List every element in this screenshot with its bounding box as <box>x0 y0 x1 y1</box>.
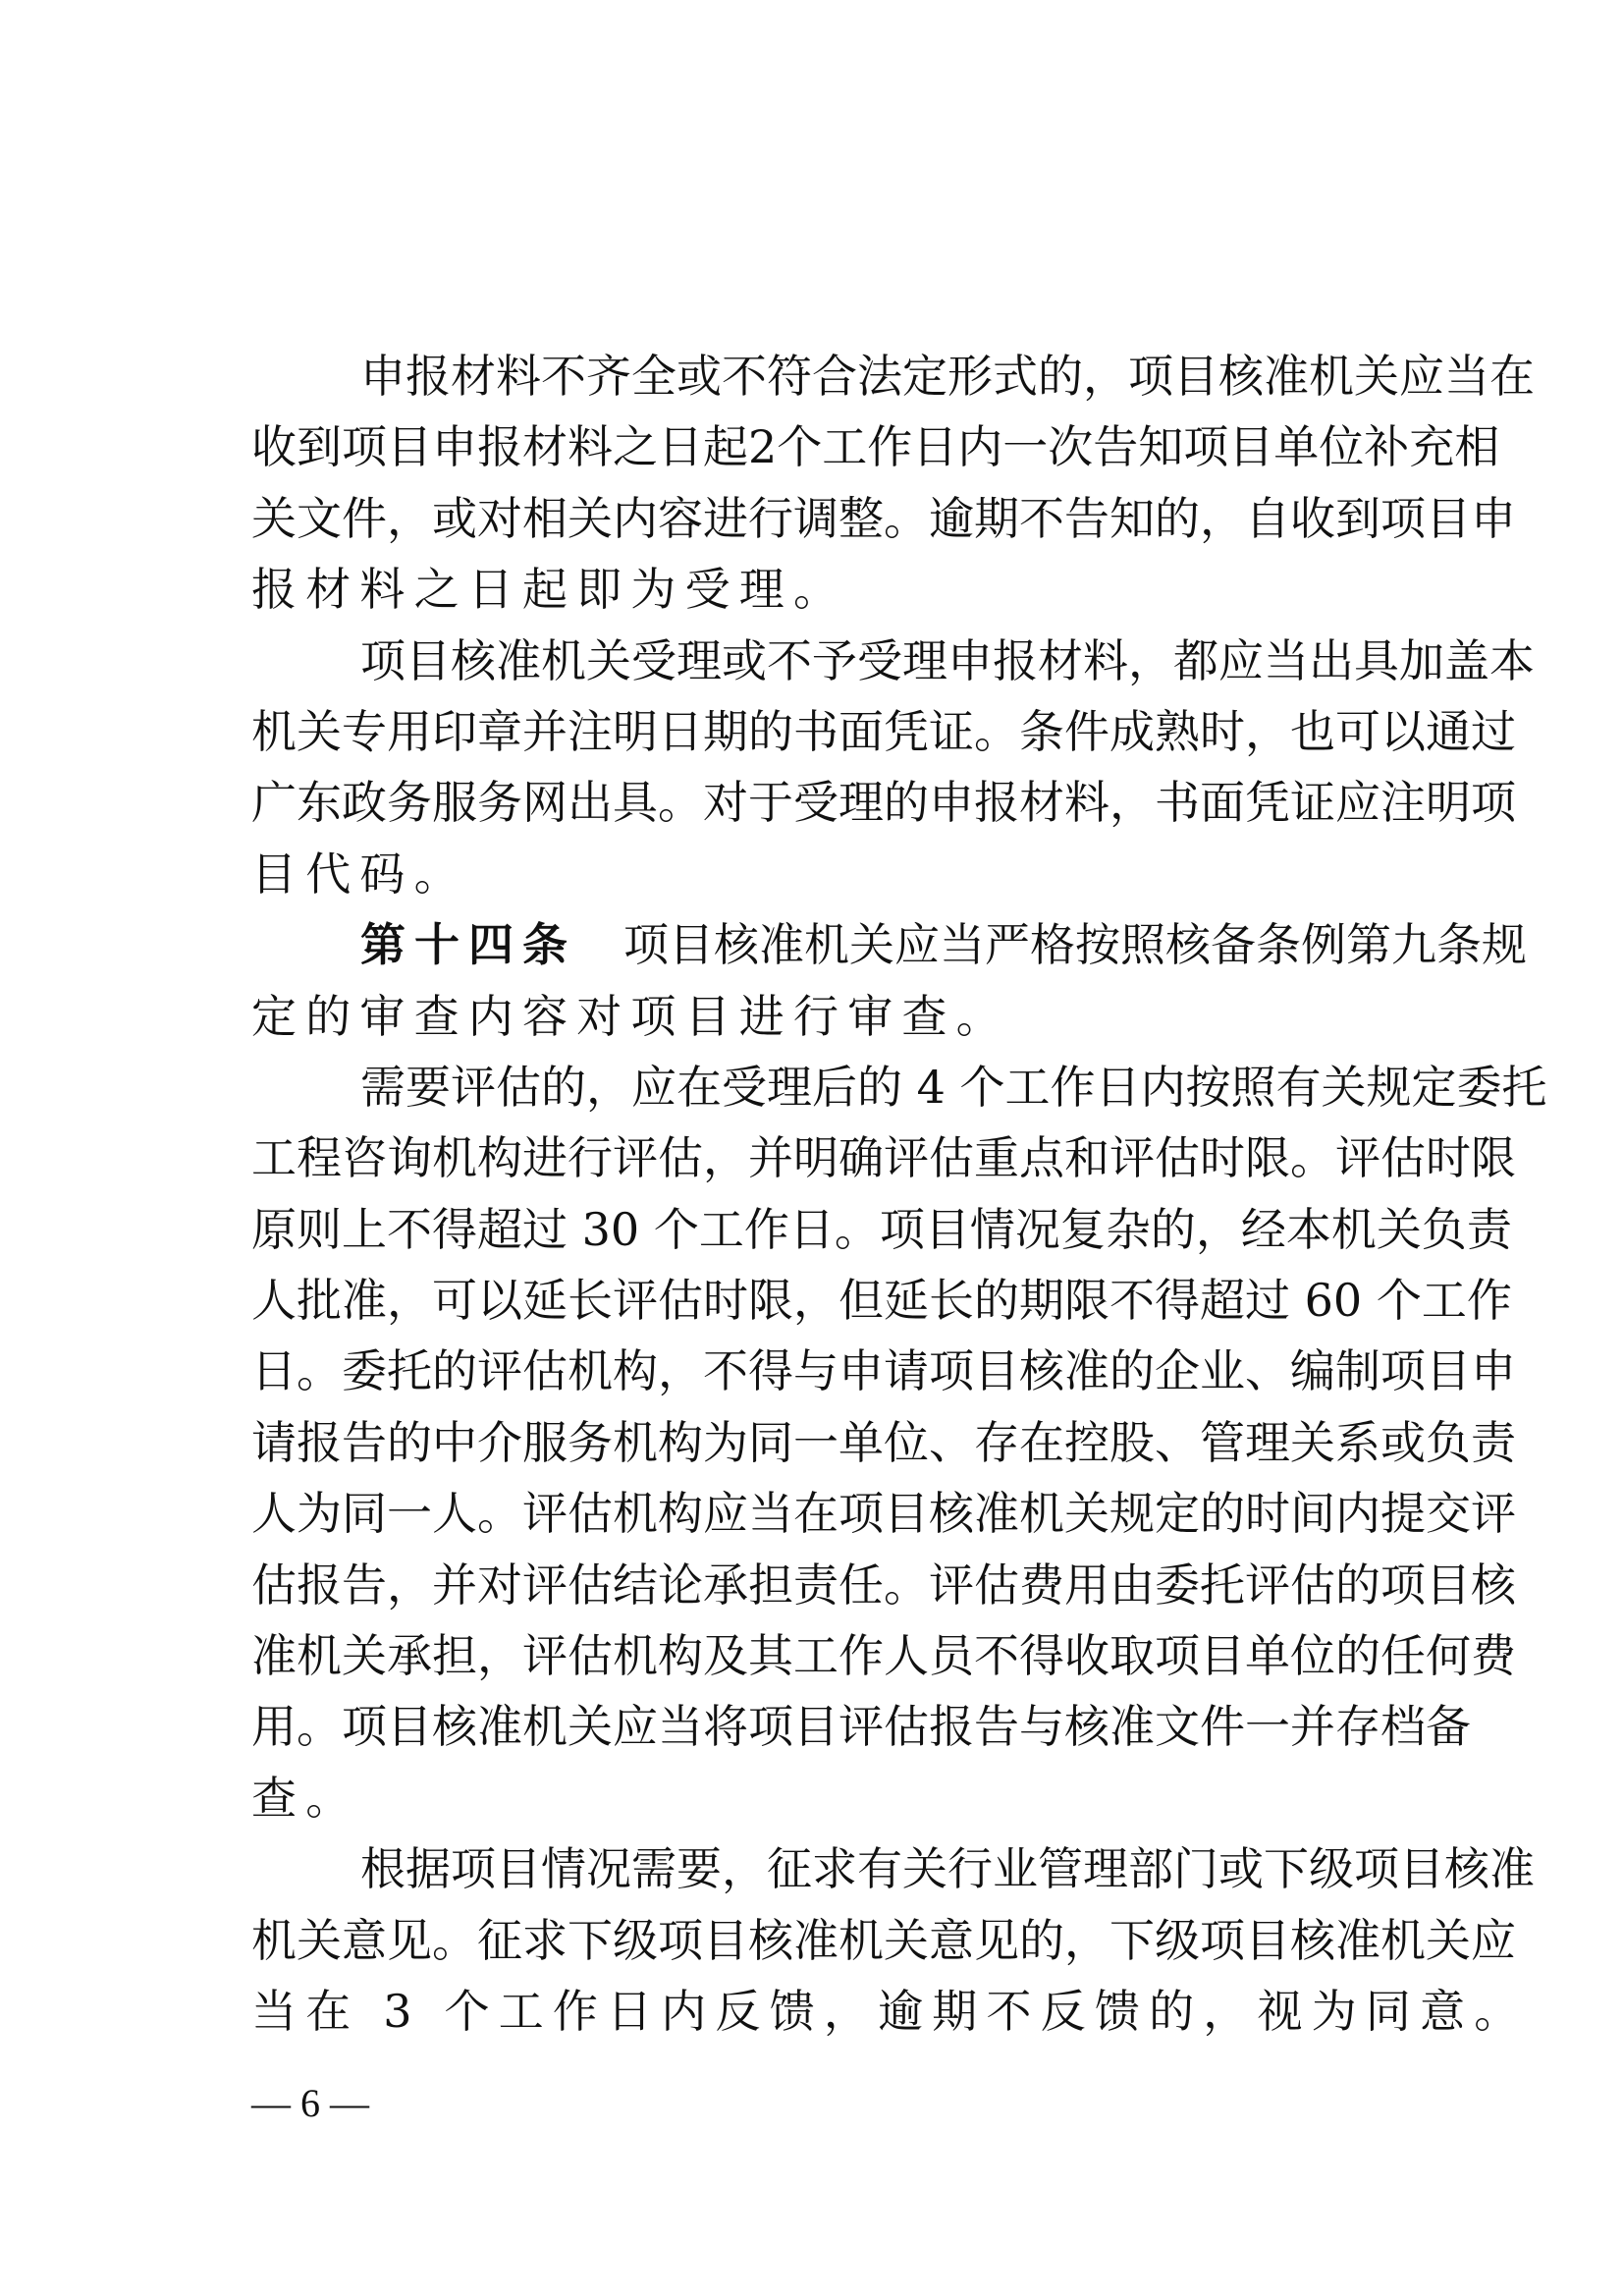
paragraph-2: 项目核准机关受理或不予受理申报材料，都应当出具加盖本 机关专用印章并注明日期的书… <box>251 626 1396 910</box>
text-line: 根据项目情况需要，征求有关行业管理部门或下级项目核准 <box>251 1833 1396 1904</box>
text-line: 当在 3 个工作日内反馈，逾期不反馈的，视为同意。 <box>251 1976 1396 2047</box>
text-line: 需要评估的，应在受理后的 4 个工作日内按照有关规定委托 <box>251 1052 1396 1122</box>
article-text: 项目核准机关应当严格按照核备条例第九条规 <box>623 909 1527 980</box>
text-line: 请报告的中介服务机构为同一单位、存在控股、管理关系或负责 <box>251 1407 1396 1478</box>
text-line: 机关意见。征求下级项目核准机关意见的，下级项目核准机关应 <box>251 1905 1396 1976</box>
article-number: 第十四条 <box>360 909 576 980</box>
document-body: 申报材料不齐全或不符合法定形式的，项目核准机关应当在 收到项目申报材料之日起2个… <box>251 341 1396 2047</box>
text-line: 定的审查内容对项目进行审查。 <box>251 981 1396 1052</box>
text-line: 项目核准机关受理或不予受理申报材料，都应当出具加盖本 <box>251 626 1396 696</box>
text-line: 报材料之日起即为受理。 <box>251 554 1396 625</box>
text-line: 申报材料不齐全或不符合法定形式的，项目核准机关应当在 <box>251 341 1396 411</box>
paragraph-5: 根据项目情况需要，征求有关行业管理部门或下级项目核准 机关意见。征求下级项目核准… <box>251 1833 1396 2047</box>
text-line: 第十四条 项目核准机关应当严格按照核备条例第九条规 <box>251 909 1396 980</box>
page-number-footer: — 6 — <box>251 2080 369 2127</box>
text-line: 估报告，并对评估结论承担责任。评估费用由委托评估的项目核 <box>251 1550 1396 1620</box>
article-14-paragraph: 第十四条 项目核准机关应当严格按照核备条例第九条规 定的审查内容对项目进行审查。 <box>251 909 1396 1052</box>
text-line: 工程咨询机构进行评估，并明确评估重点和评估时限。评估时限 <box>251 1122 1396 1193</box>
text-line: 收到项目申报材料之日起2个工作日内一次告知项目单位补充相 <box>251 411 1396 482</box>
text-line: 日。委托的评估机构，不得与申请项目核准的企业、编制项目申 <box>251 1336 1396 1406</box>
text-line: 查。 <box>251 1763 1396 1833</box>
text-line: 人批准，可以延长评估时限，但延长的期限不得超过 60 个工作 <box>251 1265 1396 1336</box>
text-line: 目代码。 <box>251 839 1396 909</box>
text-line: 原则上不得超过 30 个工作日。项目情况复杂的，经本机关负责 <box>251 1194 1396 1265</box>
paragraph-1: 申报材料不齐全或不符合法定形式的，项目核准机关应当在 收到项目申报材料之日起2个… <box>251 341 1396 626</box>
text-line: 用。项目核准机关应当将项目评估报告与核准文件一并存档备 <box>251 1691 1396 1762</box>
text-line: 人为同一人。评估机构应当在项目核准机关规定的时间内提交评 <box>251 1478 1396 1549</box>
text-line: 准机关承担，评估机构及其工作人员不得收取项目单位的任何费 <box>251 1620 1396 1691</box>
text-line: 机关专用印章并注明日期的书面凭证。条件成熟时，也可以通过 <box>251 696 1396 767</box>
text-line: 关文件，或对相关内容进行调整。逾期不告知的，自收到项目申 <box>251 483 1396 554</box>
text-line: 广东政务服务网出具。对于受理的申报材料，书面凭证应注明项 <box>251 767 1396 838</box>
paragraph-4: 需要评估的，应在受理后的 4 个工作日内按照有关规定委托 工程咨询机构进行评估，… <box>251 1052 1396 1833</box>
